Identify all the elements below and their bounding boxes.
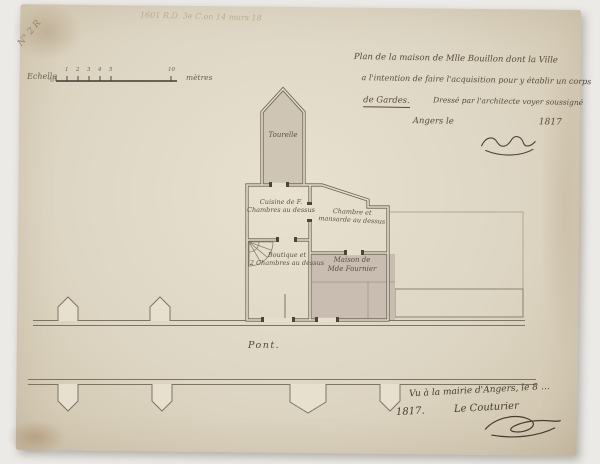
annex-outline <box>395 289 523 317</box>
quay-line <box>388 212 523 289</box>
maison-label-line2: Mde Fournier <box>316 265 388 274</box>
cutwater-pier <box>58 384 78 411</box>
kitchen-label-line1: Cuisine de F. <box>246 198 316 206</box>
cutwater-pier <box>290 384 326 413</box>
approval-year: 1817. <box>396 406 425 418</box>
turret-label: Tourelle <box>258 131 308 140</box>
kitchen-label-line2: Chambres au dessus <box>246 206 316 214</box>
cutwater-pier <box>58 297 78 321</box>
shop-label: Boutique et 2 Chambres au dessus <box>248 251 326 267</box>
cutwater-pier <box>152 384 172 411</box>
bridge-label: Pont. <box>248 340 280 351</box>
approval-signature-flourish <box>476 409 567 442</box>
cutwater-pier <box>150 297 170 321</box>
approval-block: Vu à la mairie d'Angers, le 8 … 1817. Le… <box>395 381 578 450</box>
maison-label-line1: Maison de <box>316 256 388 265</box>
shop-label-line2: 2 Chambres au dessus <box>248 259 326 267</box>
bridge-lower-band <box>28 380 536 385</box>
scanned-plan-document: N° 2 R 1601 R.D. 3e C.on 14 mars 18 Plan… <box>0 0 600 464</box>
kitchen-label: Cuisine de F. Chambres au dessus <box>246 198 316 214</box>
maison-label: Maison de Mde Fournier <box>316 256 388 274</box>
shop-label-line1: Boutique et <box>248 251 326 259</box>
